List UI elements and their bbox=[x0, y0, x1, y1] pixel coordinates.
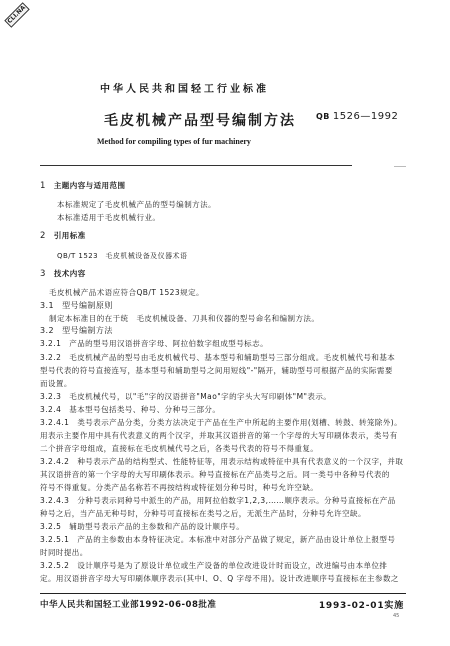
paragraph: 毛皮机械产品术语应符合QB/T 1523规定。 bbox=[49, 287, 204, 298]
paragraph: 本标准规定了毛皮机械产品的型号编制方法。 bbox=[57, 199, 216, 210]
paragraph: 本标准适用于毛皮机械行业。 bbox=[57, 212, 160, 223]
clause-3-2-4-2: 3.2.4.2 种号表示产品的结构型式、性能特征等，用表示结构或特征中具有代表意… bbox=[40, 456, 403, 467]
bottom-divider bbox=[40, 593, 406, 594]
clause-3-2-4-1-cont: 用表示主要作用中具有代表意义的两个汉字，并取其汉语拼音的第一个字母的大写印刷体表… bbox=[40, 430, 398, 441]
clause-3-2-5-1-cont: 时同时提出。 bbox=[40, 547, 88, 558]
clause-3-2-4-3-cont: 种号之后，当产品无种号时，分种号可直接标在类号之后，无派生产品时，分种号允许空缺… bbox=[40, 508, 366, 519]
top-divider bbox=[40, 165, 352, 166]
section-number: 3 bbox=[40, 269, 46, 279]
document-title: 毛皮机械产品型号编制方法 bbox=[104, 110, 296, 130]
subsection-title: 型号编制方法 bbox=[62, 326, 113, 335]
page-number: 45 bbox=[393, 613, 399, 619]
standard-code: QB1526—1992 bbox=[316, 111, 398, 122]
clause-3-2-2-cont: 型号代表的符号直接连写，基本型号和辅助型号之间用短线"-"隔开，辅助型号可根据产… bbox=[40, 365, 393, 376]
top-divider-extension bbox=[394, 166, 406, 167]
subsection-number: 3.1 bbox=[40, 301, 54, 310]
section-number: 2 bbox=[40, 231, 46, 241]
code-number: 1526—1992 bbox=[333, 111, 398, 122]
clause-3-2-5-1: 3.2.5.1 产品的主参数由本身特征决定。本标准中对部分产品做了规定，新产品由… bbox=[40, 534, 395, 545]
subsection-3-1-heading: 3.1型号编制原则 bbox=[40, 300, 113, 311]
clause-3-2-2: 3.2.2 毛皮机械产品的型号由毛皮机械代号、基本型号和辅助型号三部分组成。毛皮… bbox=[40, 352, 395, 363]
clause-3-2-3: 3.2.3 毛皮机械代号，以"毛"字的汉语拼音"Mao"字的字头大写印刷体"M"… bbox=[40, 391, 331, 402]
clause-3-2-1: 3.2.1 产品的型号用汉语拼音字母、阿拉伯数字组成型号标志。 bbox=[40, 338, 268, 349]
section-number: 1 bbox=[40, 181, 46, 191]
clause-3-2-2-cont: 而设置。 bbox=[40, 378, 72, 389]
clause-3-2-4-1-cont: 二个拼音字母组成，直接标在毛皮机械代号之后，各类号代表的符号不得重复。 bbox=[40, 443, 318, 454]
archive-stamp: CLI.NA bbox=[4, 2, 29, 27]
subsection-number: 3.2 bbox=[40, 326, 54, 335]
subsection-title: 型号编制原则 bbox=[62, 301, 113, 310]
clause-3-2-4-1: 3.2.4.1 类号表示产品分类，分类方法决定于产品在生产中所起的主要作用(划槽… bbox=[40, 417, 402, 428]
effective-date: 1993-02-01实施 bbox=[319, 598, 404, 611]
clause-3-2-4-2-cont: 符号不得重复。分类产品名称若不再按结构或特征划分种号时，种号允许空缺。 bbox=[40, 482, 318, 493]
document-page: CLI.NA 中华人民共和国轻工行业标准 毛皮机械产品型号编制方法 QB1526… bbox=[0, 0, 450, 646]
paragraph: 制定本标准目的在于统 毛皮机械设备、刀具和仪器的型号命名和编制方法。 bbox=[49, 313, 319, 324]
clause-3-2-5: 3.2.5 辅助型号表示产品的主参数和产品的设计顺序号。 bbox=[40, 521, 244, 532]
section-title: 引用标准 bbox=[54, 231, 86, 240]
section-3-heading: 3技术内容 bbox=[40, 268, 86, 279]
clause-3-2-5-2: 3.2.5.2 设计顺序号是为了原设计单位或生产设备的单位改进设计时而设立，改进… bbox=[40, 560, 387, 571]
english-title: Method for compiling types of fur machin… bbox=[97, 137, 251, 146]
section-title: 技术内容 bbox=[54, 269, 86, 278]
subsection-3-2-heading: 3.2型号编制方法 bbox=[40, 325, 113, 336]
clause-3-2-5-2-cont: 定。用汉语拼音字母大写印刷体顺序表示(其中I、O、Q 字母不用)。设计改进顺序号… bbox=[40, 573, 399, 584]
clause-3-2-4-2-cont: 其汉语拼音的第一个字母的大写印刷体表示。种号直接标在产品类号之后。同一类号中各种… bbox=[40, 469, 390, 480]
clause-3-2-4: 3.2.4 基本型号包括类号、种号、分种号三部分。 bbox=[40, 404, 220, 415]
reference-standard: QB/T 1523 毛皮机械设备及仪器术语 bbox=[57, 251, 187, 261]
section-1-heading: 1主题内容与适用范围 bbox=[40, 180, 125, 191]
code-prefix: QB bbox=[316, 112, 330, 121]
section-2-heading: 2引用标准 bbox=[40, 230, 86, 241]
approval-notice: 中华人民共和国轻工业部1992-06-08批准 bbox=[40, 598, 216, 610]
issuer-heading: 中华人民共和国轻工行业标准 bbox=[100, 80, 269, 95]
clause-3-2-4-3: 3.2.4.3 分种号表示同种号中派生的产品，用阿拉伯数字1,2,3,……顺序表… bbox=[40, 495, 396, 506]
section-title: 主题内容与适用范围 bbox=[54, 181, 126, 190]
